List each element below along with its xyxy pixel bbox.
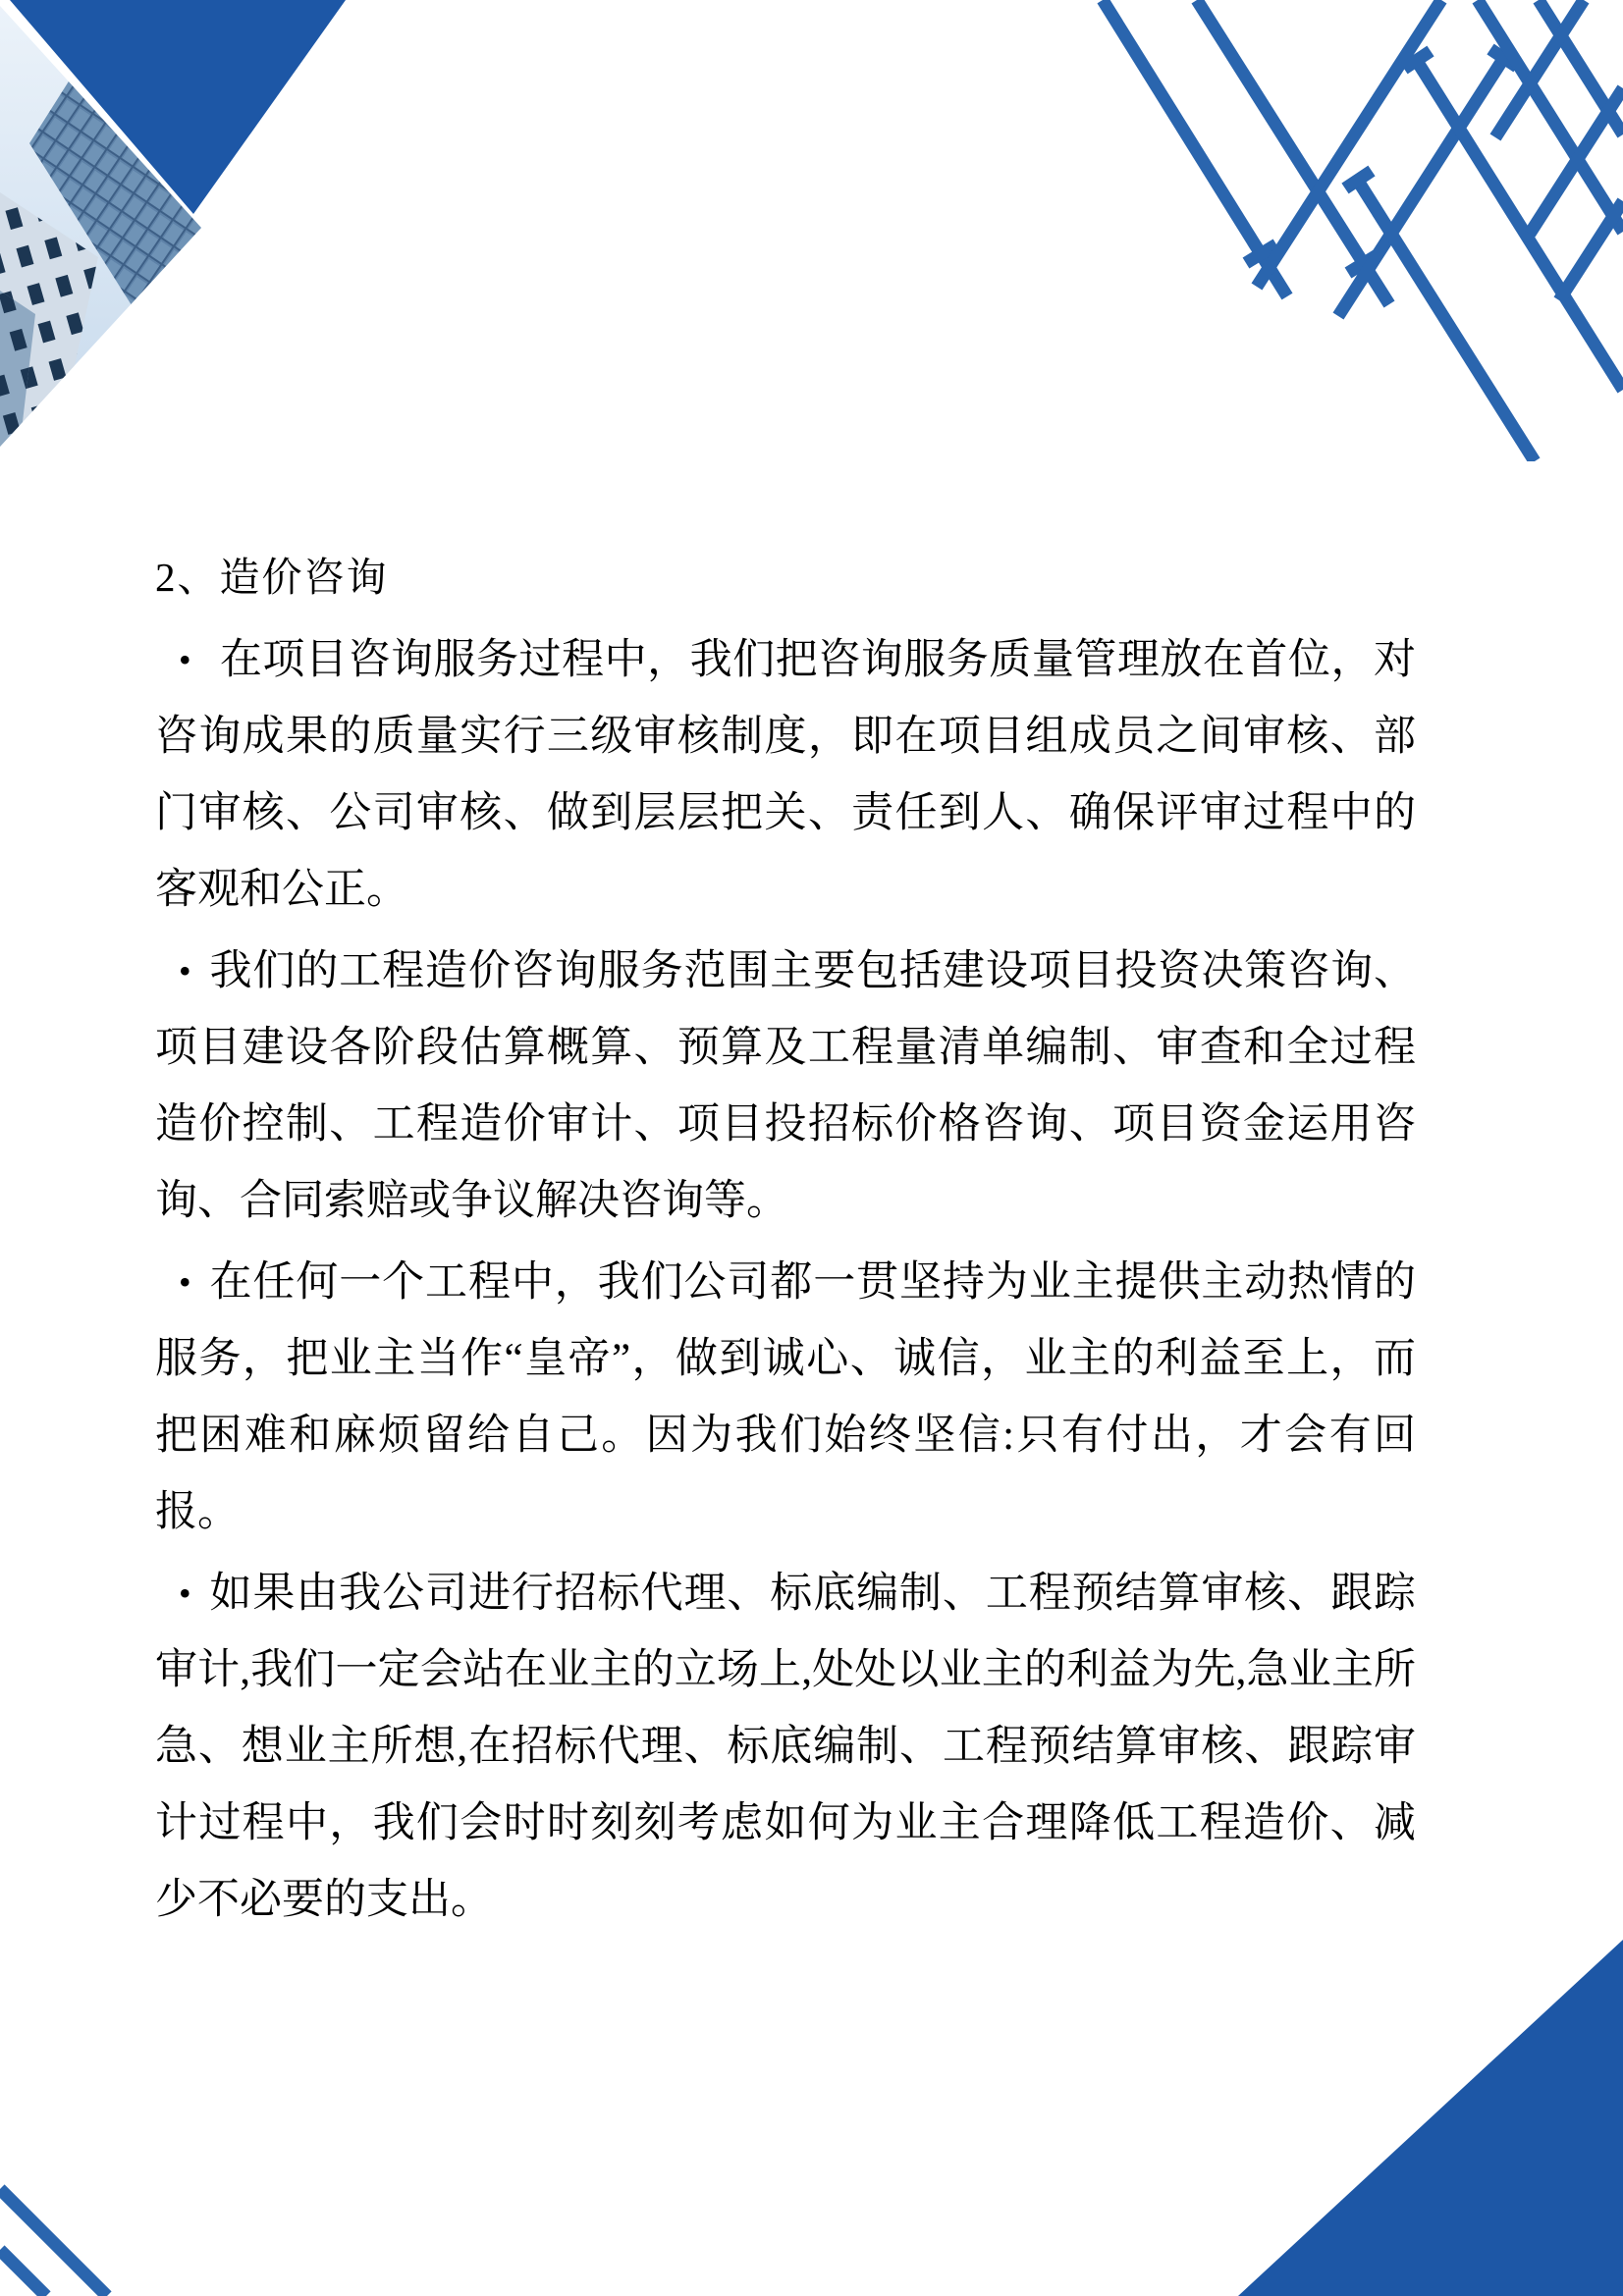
diagonal-line — [1358, 181, 1535, 461]
line-tick — [1246, 244, 1276, 263]
diagonal-line — [1338, 59, 1503, 316]
blue-triangle-top-left — [10, 0, 346, 214]
paragraph-text: 如果由我公司进行招标代理、标底编制、工程预结算审核、跟踪审计,我们一定会站在业主… — [155, 1571, 1416, 1923]
corner-decoration-top-left — [0, 0, 412, 461]
diagonal-line — [1257, 0, 1441, 287]
diagonal-line — [1530, 88, 1623, 234]
document-page: 2、造价咨询 • 在项目咨询服务过程中，我们把咨询服务质量管理放在首位，对咨询成… — [0, 0, 1623, 2296]
photo-front-building-windows — [0, 192, 98, 447]
diagonal-line — [1495, 0, 1584, 137]
photo-sky — [0, 0, 206, 452]
photo-side-building-windows — [0, 291, 35, 447]
photo-glass-tower — [29, 47, 210, 324]
diagonal-line — [1539, 0, 1623, 134]
bullet-icon: • — [179, 621, 191, 698]
corner-decoration-bottom-right — [1238, 1940, 1623, 2296]
line-tick — [1348, 254, 1379, 273]
bullet-icon: • — [179, 1244, 191, 1320]
bullet-icon: • — [179, 1555, 191, 1631]
photo-side-building — [0, 291, 35, 447]
paragraph-text: 在任何一个工程中，我们公司都一贯坚持为业主提供主动热情的服务，把业主当作“皇帝”… — [155, 1259, 1416, 1535]
diagonal-line — [1197, 0, 1389, 304]
building-photo — [0, 0, 210, 452]
paragraph-text: 我们的工程造价咨询服务范围主要包括建设项目投资决策咨询、项目建设各阶段估算概算、… — [155, 948, 1416, 1224]
diagonal-line — [1417, 61, 1623, 390]
section-heading: 2、造价咨询 — [155, 558, 1416, 598]
diagonal-line — [1103, 0, 1287, 296]
bullet-paragraph: •如果由我公司进行招标代理、标底编制、工程预结算审核、跟踪审计,我们一定会站在业… — [155, 1555, 1416, 1939]
line-tick — [1404, 51, 1431, 69]
bullet-icon: • — [179, 933, 191, 1009]
bullet-paragraph: • 在项目咨询服务过程中，我们把咨询服务质量管理放在首位，对咨询成果的质量实行三… — [155, 621, 1416, 929]
corner-decoration-bottom-left — [0, 2139, 157, 2296]
text-content: 2、造价咨询 • 在项目咨询服务过程中，我们把咨询服务质量管理放在首位，对咨询成… — [155, 558, 1416, 1943]
diagonal-line — [0, 2189, 107, 2296]
diagonal-line-lattice — [1103, 0, 1623, 461]
line-tick — [1490, 49, 1517, 67]
photo-front-building — [0, 192, 98, 447]
bullet-paragraph: •我们的工程造价咨询服务范围主要包括建设项目投资决策咨询、项目建设各阶段估算概算… — [155, 933, 1416, 1240]
blue-triangle-bottom-right — [1238, 1940, 1623, 2296]
diagonal-line — [0, 2250, 46, 2296]
line-tick — [1345, 171, 1372, 188]
bullet-paragraph: •在任何一个工程中，我们公司都一贯坚持为业主提供主动热情的服务，把业主当作“皇帝… — [155, 1244, 1416, 1551]
diagonal-line — [1559, 201, 1623, 300]
paragraph-text: 在项目咨询服务过程中，我们把咨询服务质量管理放在首位，对咨询成果的质量实行三级审… — [155, 637, 1416, 913]
corner-decoration-top-right — [1034, 0, 1623, 461]
diagonal-line — [1478, 0, 1623, 232]
paragraph-list: • 在项目咨询服务过程中，我们把咨询服务质量管理放在首位，对咨询成果的质量实行三… — [155, 621, 1416, 1939]
